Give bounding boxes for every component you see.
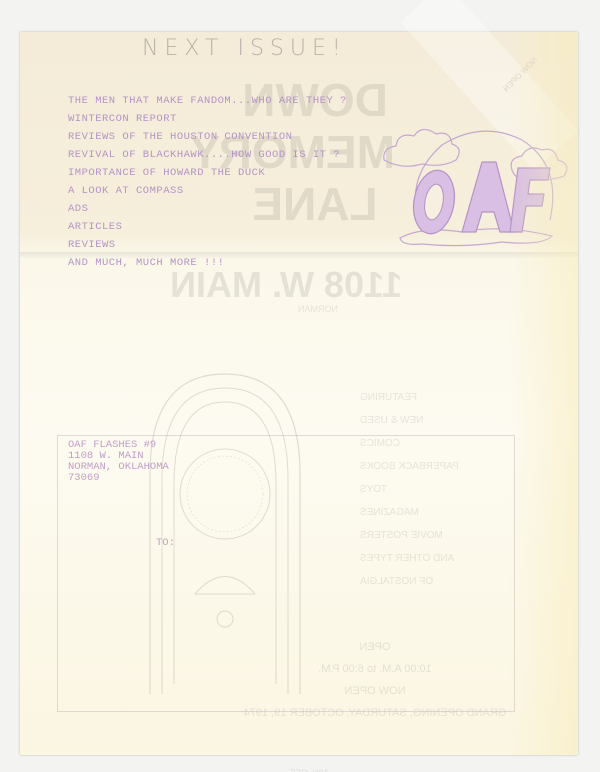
show-through-footer: 10% OFF: [290, 768, 329, 772]
teaser-item: AND MUCH, MUCH MORE !!!: [68, 254, 347, 272]
ghost-list-item: FEATURING: [360, 386, 470, 409]
to-label: TO:: [156, 537, 175, 549]
oaf-logo-icon: [382, 120, 572, 250]
show-through-subaddress: NORMAN: [298, 304, 338, 314]
teaser-item: ARTICLES: [68, 218, 347, 236]
ghost-list-item: NEW & USED: [360, 409, 470, 432]
teaser-item: ADS: [68, 200, 347, 218]
teaser-item: THE MEN THAT MAKE FANDOM...WHO ARE THEY …: [68, 92, 347, 110]
teaser-item: REVIEWS: [68, 236, 347, 254]
next-issue-teaser-list: THE MEN THAT MAKE FANDOM...WHO ARE THEY …: [68, 92, 347, 272]
teaser-item: REVIEWS OF THE HOUSTON CONVENTION: [68, 128, 347, 146]
teaser-item: IMPORTANCE OF HOWARD THE DUCK: [68, 164, 347, 182]
return-address: OAF FLASHES #9 1108 W. MAIN NORMAN, OKLA…: [68, 440, 169, 484]
teaser-item: WINTERCON REPORT: [68, 110, 347, 128]
mailing-address-box: OAF FLASHES #9 1108 W. MAIN NORMAN, OKLA…: [57, 435, 515, 712]
mailer-page: NEXT ISSUE! DOWN MEMORY LANE NOW OPEN 11…: [20, 32, 578, 755]
teaser-item: A LOOK AT COMPASS: [68, 182, 347, 200]
return-address-line: 73069: [68, 473, 169, 484]
handwritten-note: NEXT ISSUE!: [142, 36, 347, 61]
teaser-item: REVIVAL OF BLACKHAWK....HOW GOOD IS IT ?: [68, 146, 347, 164]
